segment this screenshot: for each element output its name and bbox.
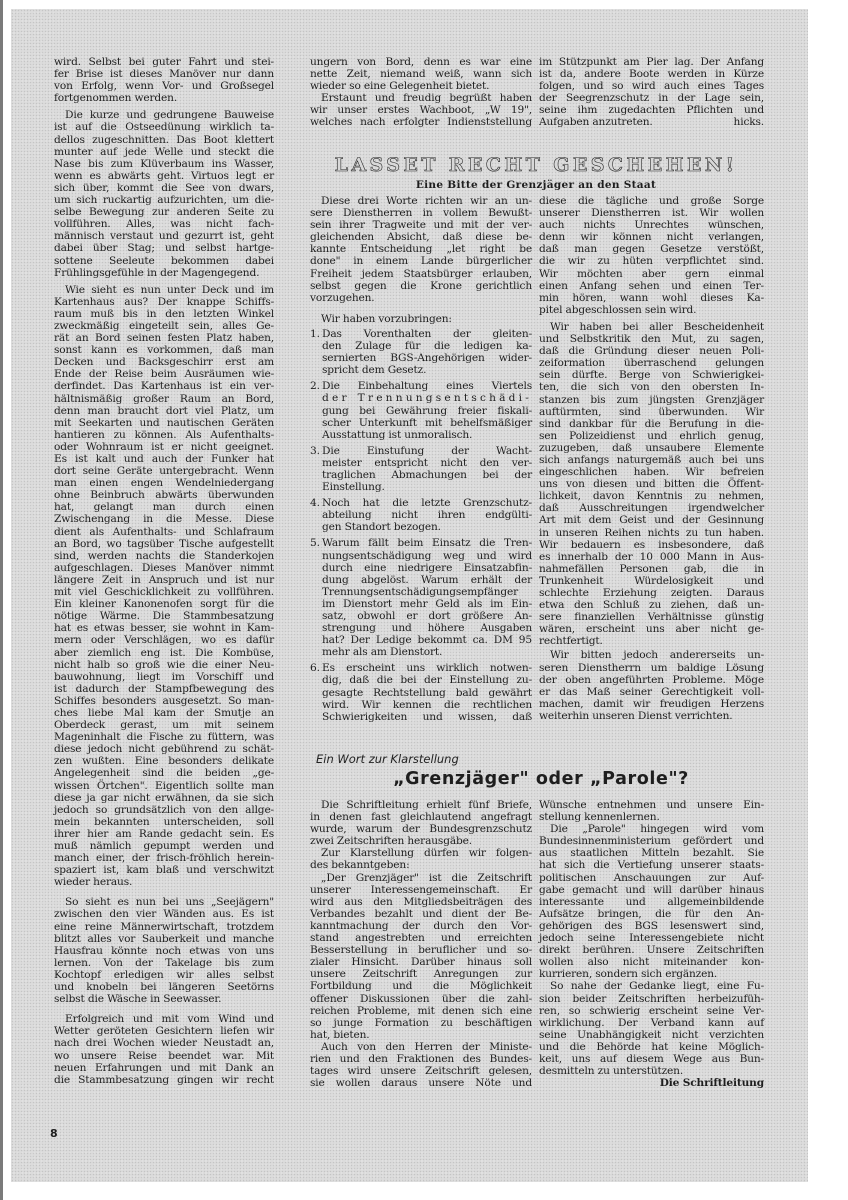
text-line: sich anfangs naturgemäß auch bei uns bbox=[539, 454, 764, 466]
col1-paragraph-1: wird. Selbst bei guter Fahrt und stei-fe… bbox=[54, 56, 274, 104]
text-line: stanzen bis zum jüngsten Grenzjäger bbox=[539, 394, 764, 406]
article1-right-paragraph-1: diese die tägliche und große Sorgeunsere… bbox=[539, 195, 764, 316]
list-item: 3. Die Einstufung der Wacht- meister ent… bbox=[310, 445, 532, 493]
text-line: unsere Zeitschrift Anregungen zur bbox=[310, 968, 532, 980]
text-line: unserer Interessengemeinschaft. Er bbox=[310, 884, 532, 896]
text-line: Nase bis zum Klüverbaum ins Wasser, bbox=[54, 158, 274, 170]
text-line: zwei Zeitschriften herausgäbe. bbox=[310, 835, 532, 847]
text-line: Aufsätze bringen, die für den An- bbox=[539, 908, 764, 920]
text-line: wird aus den Mitgliedsbeiträgen des bbox=[310, 896, 532, 908]
text-line: Wir haben bei aller Bescheidenheit bbox=[539, 321, 764, 333]
article2-headline: „Grenzjäger" oder „Parole"? bbox=[311, 769, 771, 789]
text-line: man einen engen Wendelniedergang bbox=[54, 477, 274, 489]
text-line: so junge Formation zu beschäftigen bbox=[310, 1017, 532, 1029]
text-line: der oben angeführten Probleme. Möge bbox=[539, 674, 764, 686]
article-headline: LASSET RECHT GESCHEHEN! bbox=[301, 154, 771, 176]
text-line: mit viel Geschicklichkeit zu vollführen. bbox=[54, 586, 274, 598]
text-line: So sieht es nun bei uns „Seejägern" bbox=[54, 896, 274, 908]
text-line: selbst gegen die Krone gerichtlich bbox=[310, 280, 532, 292]
text-line: rät an Bord seinen festen Platz haben, bbox=[54, 332, 274, 344]
list-item: 5. Warum fällt beim Einsatz die Tren- nu… bbox=[310, 537, 532, 658]
column-1: wird. Selbst bei guter Fahrt und stei-fe… bbox=[54, 56, 274, 1091]
text-line: folgen, und so wird auch eines Tages bbox=[539, 80, 764, 92]
text-line: keit, uns auf diesem Wege aus Bun- bbox=[539, 1053, 764, 1065]
text-line: ohne Beinbruch abwärts überwunden bbox=[54, 489, 274, 501]
text-line: daß die Gründung dieser neuen Poli- bbox=[539, 345, 764, 357]
text-line: sere Dienstherren in vollem Bewußt- bbox=[310, 207, 532, 219]
text-line: seine Unabhängigkeit nicht verzichten bbox=[539, 1029, 764, 1041]
text-line: in unseren Reihen nichts zu tun haben. bbox=[539, 527, 764, 539]
article2-paragraph-2: Zur Klarstellung dürfen wir folgen-des b… bbox=[310, 847, 532, 871]
text-line: an Bord, wo tagsüber Tische aufgestellt bbox=[54, 538, 274, 550]
text-line: ihrer hier am Rande gedacht sein. Es bbox=[54, 828, 274, 840]
text-line: jedoch seine Interessengebiete nicht bbox=[539, 932, 764, 944]
text-line: Bundesinnenministerium gefördert und bbox=[539, 835, 764, 847]
text-line: sind dankbar für die Berufung in die- bbox=[539, 418, 764, 430]
text-line: wir unser erstes Wachboot, „W 19", bbox=[310, 104, 532, 116]
text-line: eingeschlichen haben. Wir befreien bbox=[539, 466, 764, 478]
text-line: politischen Anschauungen zur Auf- bbox=[539, 872, 764, 884]
text-line: Auch von den Herren der Ministe- bbox=[310, 1041, 532, 1053]
col3-paragraph-1: im Stützpunkt am Pier lag. Der Anfangist… bbox=[539, 56, 764, 116]
list-item: 1. Das Vorenthalten der gleiten- den Zul… bbox=[310, 328, 532, 376]
text-line: desmitteln zu unterstützen. bbox=[539, 1065, 764, 1077]
text-line: Kartenhaus aus? Der knappe Schiffs- bbox=[54, 296, 274, 308]
text-line: Decken und Backsgeschirr erst am bbox=[54, 356, 274, 368]
text-line: einen Anfang sehen und einen Ter- bbox=[539, 280, 764, 292]
text-line: zeiformation überraschend gelungen bbox=[539, 357, 764, 369]
text-line: Wetter geröteten Gesichtern liefen wir bbox=[54, 1025, 274, 1037]
text-line: mern oder Verschlägen, wo es dafür bbox=[54, 634, 274, 646]
text-line: Fortbildung und die Möglichkeit bbox=[310, 980, 532, 992]
text-line: und knobeln bei längeren Seetörns bbox=[54, 981, 274, 993]
text-line: Zwischengang in die Messe. Diese bbox=[54, 513, 274, 525]
text-line: zen wußten. Eine besonders delikate bbox=[54, 755, 274, 767]
text-line: Wir bedauern es insbesondere, daß bbox=[539, 539, 764, 551]
text-line: rechtfertigt. bbox=[539, 635, 764, 647]
text-line: Die kurze und gedrungene Bauweise bbox=[54, 109, 274, 121]
text-line: wieder heraus. bbox=[54, 876, 274, 888]
text-line: vollführen. Alles, was nicht fach- bbox=[54, 218, 274, 230]
text-line: „Der Grenzjäger" ist die Zeitschrift bbox=[310, 872, 532, 884]
text-line: vorzugehen. bbox=[310, 292, 532, 304]
text-line: Verbandes bezahlt und dient der Be- bbox=[310, 908, 532, 920]
text-line: manch einer, der frisch-fröhlich herein- bbox=[54, 852, 274, 864]
text-line: offener Diskussionen über die zahl- bbox=[310, 993, 532, 1005]
text-line: gleichenden Absicht, daß diese be- bbox=[310, 231, 532, 243]
text-line: lichkeit, davon Kenntnis zu nehmen, bbox=[539, 490, 764, 502]
text-line: stellung kennenlernen. bbox=[539, 811, 764, 823]
newspaper-page: wird. Selbst bei guter Fahrt und stei-fe… bbox=[11, 9, 808, 1182]
text-line: nach drei Wochen wieder Neustadt an, bbox=[54, 1037, 274, 1049]
text-line: ren, so schwierig erscheint seine Ver- bbox=[539, 1005, 764, 1017]
text-line: sein dürfte. Berge von Schwierigkei- bbox=[539, 369, 764, 381]
text-line: mein bekannten unterscheiden, soll bbox=[54, 816, 274, 828]
text-line: seren Dienstherrn um baldige Lösung bbox=[539, 662, 764, 674]
text-line: Angelegenheit sind die beiden „ge- bbox=[54, 767, 274, 779]
editorial-signature: Die Schriftleitung bbox=[539, 1077, 764, 1089]
text-line: hat sich die Vertiefung unserer staats- bbox=[539, 859, 764, 871]
article-subheadline: Eine Bitte der Grenzjäger an den Staat bbox=[301, 179, 771, 191]
text-line: nötige Wärme. Die Stammbesatzung bbox=[54, 610, 274, 622]
text-line: Besserstellung in beruflicher und so- bbox=[310, 944, 532, 956]
text-line: sein ihrer Tragweite und mit der ver- bbox=[310, 219, 532, 231]
text-line: um sich ruckartig aufzurichten, um die- bbox=[54, 194, 274, 206]
col3-last-line: Aufgaben anzutreten. hicks. bbox=[539, 116, 764, 128]
text-line: daß Ausschreitungen irgendwelcher bbox=[539, 502, 764, 514]
text-line: aber ziemlich eng ist. Die Kombüse, bbox=[54, 647, 274, 659]
text-line: diese jedoch nicht gebührend zu schät- bbox=[54, 743, 274, 755]
text-line: fer Brise ist dieses Manöver nur dann bbox=[54, 68, 274, 80]
text-line: selbe Bewegung zur anderen Seite zu bbox=[54, 206, 274, 218]
text-line: jedoch so grundsätzlich von den allge- bbox=[54, 804, 274, 816]
article2-column-left: Die Schriftleitung erhielt fünf Briefe,i… bbox=[310, 799, 532, 1089]
text-line: derfindet. Das Kartenhaus ist ein ver- bbox=[54, 380, 274, 392]
article2-kicker: Ein Wort zur Klarstellung bbox=[316, 752, 459, 766]
text-line: Diese drei Worte richten wir an un- bbox=[310, 195, 532, 207]
list-item: 6. Es erscheint uns wirklich notwen- dig… bbox=[310, 662, 532, 722]
text-line: dellos zugeschnitten. Das Boot klettert bbox=[54, 134, 274, 146]
text-line: und Selbstkritik den Mut, zu sagen, bbox=[539, 333, 764, 345]
text-line: der Seegrenzschutz in der Lage sein, bbox=[539, 92, 764, 104]
text-line: ten, die sich von den obersten In- bbox=[539, 381, 764, 393]
column-3-top: im Stützpunkt am Pier lag. Der Anfangist… bbox=[539, 56, 764, 129]
text-line: nahmefällen Personen gab, die in bbox=[539, 563, 764, 575]
text-line: daß man gegen Gesetze verstößt, bbox=[539, 243, 764, 255]
text-line: kurrieren, sondern sich ergänzen. bbox=[539, 968, 764, 980]
text-line: Mageninhalt die Fische zu füttern, was bbox=[54, 731, 274, 743]
text-line: er das Maß seiner Gerechtigkeit voll- bbox=[539, 686, 764, 698]
text-line: Schiffes besonders ausgesetzt. So man- bbox=[54, 695, 274, 707]
text-line: hat, bieten. bbox=[310, 1029, 532, 1041]
text-line: mit Seekarten und nautischen Geräten bbox=[54, 417, 274, 429]
text-line: denn wir können nicht verlangen, bbox=[539, 231, 764, 243]
text-line: raum muß bis in den letzten Winkel bbox=[54, 308, 274, 320]
text-line: sind, werden nachts die Standerkojen bbox=[54, 550, 274, 562]
text-line: Wir bitten jedoch andererseits un- bbox=[539, 649, 764, 661]
text-line: Wünsche entnehmen und unsere Ein- bbox=[539, 799, 764, 811]
text-line: Die Schriftleitung erhielt fünf Briefe, bbox=[310, 799, 532, 811]
text-line: dient als Aufenthalts- und Schlafraum bbox=[54, 526, 274, 538]
text-line: nicht halb so groß wie die einer Neu- bbox=[54, 659, 274, 671]
col2-paragraph-1: ungern von Bord, denn es war einenette Z… bbox=[310, 56, 532, 92]
text-line: diese die tägliche und große Sorge bbox=[539, 195, 764, 207]
text-line: hältnismäßig großer Raum an Bord, bbox=[54, 393, 274, 405]
text-line: ches liebe Mal kam der Smutje an bbox=[54, 707, 274, 719]
text-line: ist dadurch der Stampfbewegung des bbox=[54, 683, 274, 695]
text-line: von Erfolg, wenn Vor- und Großsegel bbox=[54, 80, 274, 92]
text-line: ist auf die Ostseedünung wirklich ta- bbox=[54, 121, 274, 133]
text-line: gehörigen des BGS lesenswert sind, bbox=[539, 920, 764, 932]
text-line: direkt berühren. Unsere Zeitschriften bbox=[539, 944, 764, 956]
text-line: unserer Dienstherren ist. Wir wollen bbox=[539, 207, 764, 219]
page-number: 8 bbox=[50, 1127, 58, 1140]
text-line: ist da, andere Boote werden in Kürze bbox=[539, 68, 764, 80]
text-line: ungern von Bord, denn es war eine bbox=[310, 56, 532, 68]
text-line: Trunkenheit Würdelosigkeit und bbox=[539, 575, 764, 587]
article2-paragraph-3: „Der Grenzjäger" ist die Zeitschriftunse… bbox=[310, 872, 532, 1041]
text-line: fortgenommen werden. bbox=[54, 92, 274, 104]
text-line: Oberdeck gerast, um mit seinem bbox=[54, 719, 274, 731]
text-line: denn man braucht dort viel Platz, um bbox=[54, 405, 274, 417]
text-line: welches nach erfolgter Indienststellung bbox=[310, 116, 532, 128]
text-line: Erstaunt und freudig begrüßt haben bbox=[310, 92, 532, 104]
text-line: dort seine Geräte untergebracht. Wenn bbox=[54, 465, 274, 477]
scan-edge bbox=[0, 0, 3, 1200]
text-line: uns von diesen und bitten die Öffent- bbox=[539, 478, 764, 490]
text-line: munter auf jede Welle und steckt die bbox=[54, 146, 274, 158]
text-line: nette Zeit, niemand weiß, wann sich bbox=[310, 68, 532, 80]
text-line: zuzugeben, daß unsaubere Elemente bbox=[539, 442, 764, 454]
text-line: wo unsere Reise beendet war. Mit bbox=[54, 1050, 274, 1062]
text-line: aus staatlichen Mitteln bezahlt. Sie bbox=[539, 847, 764, 859]
text-line: es innerhalb der 10 000 Mann in Aus- bbox=[539, 551, 764, 563]
text-line: wenn es abwärts geht. Virtuos legt er bbox=[54, 170, 274, 182]
text-line: hat, gelangt man durch einen bbox=[54, 501, 274, 513]
text-line: des bekanntgeben: bbox=[310, 859, 532, 871]
author-signature: hicks. bbox=[734, 116, 764, 128]
text-line: längere Zeit in Anspruch und ist nur bbox=[54, 574, 274, 586]
text-line: seine ihm zugedachten Pflichten und bbox=[539, 104, 764, 116]
text-line: im Stützpunkt am Pier lag. Der Anfang bbox=[539, 56, 764, 68]
text-line: zweckmäßig eingeteilt sein, alles Ge- bbox=[54, 320, 274, 332]
text-line: kannte Entscheidung „let right be bbox=[310, 243, 532, 255]
text-line: sie wollen daraus unsere Nöte und bbox=[310, 1077, 532, 1089]
column-2-top: ungern von Bord, denn es war einenette Z… bbox=[310, 56, 532, 134]
text-line: Wie sieht es nun unter Deck und im bbox=[54, 284, 274, 296]
text-line: So nahe der Gedanke liegt, eine Fu- bbox=[539, 980, 764, 992]
text-line: auftürmten, sind überwunden. Wir bbox=[539, 406, 764, 418]
text-line: die wir zu hüten verpflichtet sind. bbox=[539, 255, 764, 267]
col1-paragraph-3: Wie sieht es nun unter Deck und imKarten… bbox=[54, 284, 274, 889]
article1-column-left: Diese drei Worte richten wir an un-sere … bbox=[310, 195, 532, 727]
text-line: Art mit dem Geist und der Gesinnung bbox=[539, 514, 764, 526]
text-line: wieder so eine Gelegenheit bietet. bbox=[310, 80, 532, 92]
text-line: muß nämlich gepumpt werden und bbox=[54, 840, 274, 852]
text-line: Ende der Reise beim Ausräumen wie- bbox=[54, 368, 274, 380]
article2-paragraph-4: Auch von den Herren der Ministe-rien und… bbox=[310, 1041, 532, 1089]
text-line: etwa den Schluß zu ziehen, daß un- bbox=[539, 599, 764, 611]
text-line: wirklichung. Der Verband kann auf bbox=[539, 1017, 764, 1029]
col3-last-line-text: Aufgaben anzutreten. bbox=[539, 116, 653, 128]
article1-right-paragraph-3: Wir bitten jedoch andererseits un-seren … bbox=[539, 649, 764, 722]
text-line: Ein kleiner Kanonenofen sorgt für die bbox=[54, 598, 274, 610]
text-line: rien und den Fraktionen des Bundes- bbox=[310, 1053, 532, 1065]
text-line: dabei über Stag; und selbst hartge- bbox=[54, 242, 274, 254]
article1-intro: Diese drei Worte richten wir an un-sere … bbox=[310, 195, 532, 304]
text-line: blitzt alles vor Sauberkeit und manche bbox=[54, 933, 274, 945]
article2-column-right: Wünsche entnehmen und unsere Ein-stellun… bbox=[539, 799, 764, 1089]
text-line: min hören, wann wohl dieses Ka- bbox=[539, 292, 764, 304]
col1-paragraph-4: So sieht es nun bei uns „Seejägern"zwisc… bbox=[54, 896, 274, 1005]
text-line: kanntmachung der durch den Vor- bbox=[310, 920, 532, 932]
text-line: hat es etwas besser, sie wohnt in Kam- bbox=[54, 622, 274, 634]
col2-paragraph-2: Erstaunt und freudig begrüßt habenwir un… bbox=[310, 92, 532, 128]
text-line: hantieren zu können. Als Aufenthalts- bbox=[54, 429, 274, 441]
text-line: oder Wohnraum ist er nicht geeignet. bbox=[54, 441, 274, 453]
text-line: sere finanziellen Verhältnisse günstig bbox=[539, 611, 764, 623]
text-line: Frühlingsgefühle in der Magengegend. bbox=[54, 267, 274, 279]
text-line: die Stammbesatzung gingen wir recht bbox=[54, 1074, 274, 1086]
text-line: sich über, kommt die See von dwars, bbox=[54, 182, 274, 194]
list-intro: Wir haben vorzubringen: bbox=[310, 313, 532, 325]
text-line: neuen Erfahrungen und mit Dank an bbox=[54, 1062, 274, 1074]
text-line: sottene Seeleute bekommen dabei bbox=[54, 255, 274, 267]
text-line: schlechte Erziehung zeigten. Daraus bbox=[539, 587, 764, 599]
text-line: weiterhin unseren Dienst verrichten. bbox=[539, 710, 764, 722]
text-line: gabe gemacht und will darüber hinaus bbox=[539, 884, 764, 896]
text-line: machen, damit wir freudigen Herzens bbox=[539, 698, 764, 710]
text-line: bauwohnung, liegt im Vorschiff und bbox=[54, 671, 274, 683]
text-line: tages wird unsere Zeitschrift gelesen, bbox=[310, 1065, 532, 1077]
text-line: lernen. Von der Takelage bis zum bbox=[54, 957, 274, 969]
text-line: wollen also nicht miteinander kon- bbox=[539, 956, 764, 968]
text-line: in denen fast gleichlautend angefragt bbox=[310, 811, 532, 823]
text-line: aufgeschlagen. Dieses Manöver nimmt bbox=[54, 562, 274, 574]
article2-right-paragraph-2: Die „Parole" hingegen wird vomBundesinne… bbox=[539, 823, 764, 980]
article2-right-paragraph-3: So nahe der Gedanke liegt, eine Fu-sion … bbox=[539, 980, 764, 1077]
text-line: auch nichts Unrechtes wünschen, bbox=[539, 219, 764, 231]
text-line: zwischen den vier Wänden aus. Es ist bbox=[54, 908, 274, 920]
article2-right-paragraph-1: Wünsche entnehmen und unsere Ein-stellun… bbox=[539, 799, 764, 823]
article1-right-paragraph-2: Wir haben bei aller Bescheidenheitund Se… bbox=[539, 321, 764, 648]
text-line: pitel abgeschlossen sein wird. bbox=[539, 304, 764, 316]
list-item: 4. Noch hat die letzte Grenzschutz- abte… bbox=[310, 497, 532, 533]
text-line: Kochtopf erledigen wir alles selbst bbox=[54, 969, 274, 981]
col1-paragraph-5: Erfolgreich und mit vom Wind undWetter g… bbox=[54, 1013, 274, 1086]
text-line: Erfolgreich und mit vom Wind und bbox=[54, 1013, 274, 1025]
text-line: stand angestrebten und erreichten bbox=[310, 932, 532, 944]
text-line: selbst die Wäsche in Seewasser. bbox=[54, 993, 274, 1005]
text-line: diese ja gar nicht erwähnen, da sie sich bbox=[54, 792, 274, 804]
text-line: männisch verstaut und gezurrt ist, geht bbox=[54, 230, 274, 242]
text-line: reichen Probleme, mit denen sich eine bbox=[310, 1005, 532, 1017]
text-line: spaziert ist, kam blaß und verschwitzt bbox=[54, 864, 274, 876]
text-line: eine reine Männerwirtschaft, trotzdem bbox=[54, 921, 274, 933]
text-line: Es ist kalt und auch der Funker hat bbox=[54, 453, 274, 465]
article1-column-right: diese die tägliche und große Sorgeunsere… bbox=[539, 195, 764, 727]
col1-paragraph-2: Die kurze und gedrungene Bauweiseist auf… bbox=[54, 109, 274, 278]
text-line: wurde, warum der Bundesgrenzschutz bbox=[310, 823, 532, 835]
text-line: wissen Örtchen". Eigentlich sollte man bbox=[54, 780, 274, 792]
list-item: 2. Die Einbehaltung eines Viertels der T… bbox=[310, 380, 532, 440]
text-line: Zur Klarstellung dürfen wir folgen- bbox=[310, 847, 532, 859]
text-line: wären, erscheint uns aber nicht ge- bbox=[539, 623, 764, 635]
text-line: Die „Parole" hingegen wird vom bbox=[539, 823, 764, 835]
article2-paragraph-1: Die Schriftleitung erhielt fünf Briefe,i… bbox=[310, 799, 532, 847]
text-line: done" in einem Lande bürgerlicher bbox=[310, 255, 532, 267]
text-line: und die Behörde hat keine Möglich- bbox=[539, 1041, 764, 1053]
text-line: sion beider Zeitschriften herbeizufüh- bbox=[539, 993, 764, 1005]
text-line: zialer Hinsicht. Darüber hinaus soll bbox=[310, 956, 532, 968]
text-line: interessante und allgemeinbildende bbox=[539, 896, 764, 908]
text-line: Hausfrau könnte noch etwas von uns bbox=[54, 945, 274, 957]
text-line: Freiheit jedem Staatsbürger erlauben, bbox=[310, 268, 532, 280]
text-line: sonst kann es vorkommen, daß man bbox=[54, 344, 274, 356]
text-line: Wir möchten aber gern einmal bbox=[539, 268, 764, 280]
demands-list: 1. Das Vorenthalten der gleiten- den Zul… bbox=[310, 328, 532, 723]
text-line: sen Polizeidienst und ehrlich genug, bbox=[539, 430, 764, 442]
text-line: wird. Selbst bei guter Fahrt und stei- bbox=[54, 56, 274, 68]
